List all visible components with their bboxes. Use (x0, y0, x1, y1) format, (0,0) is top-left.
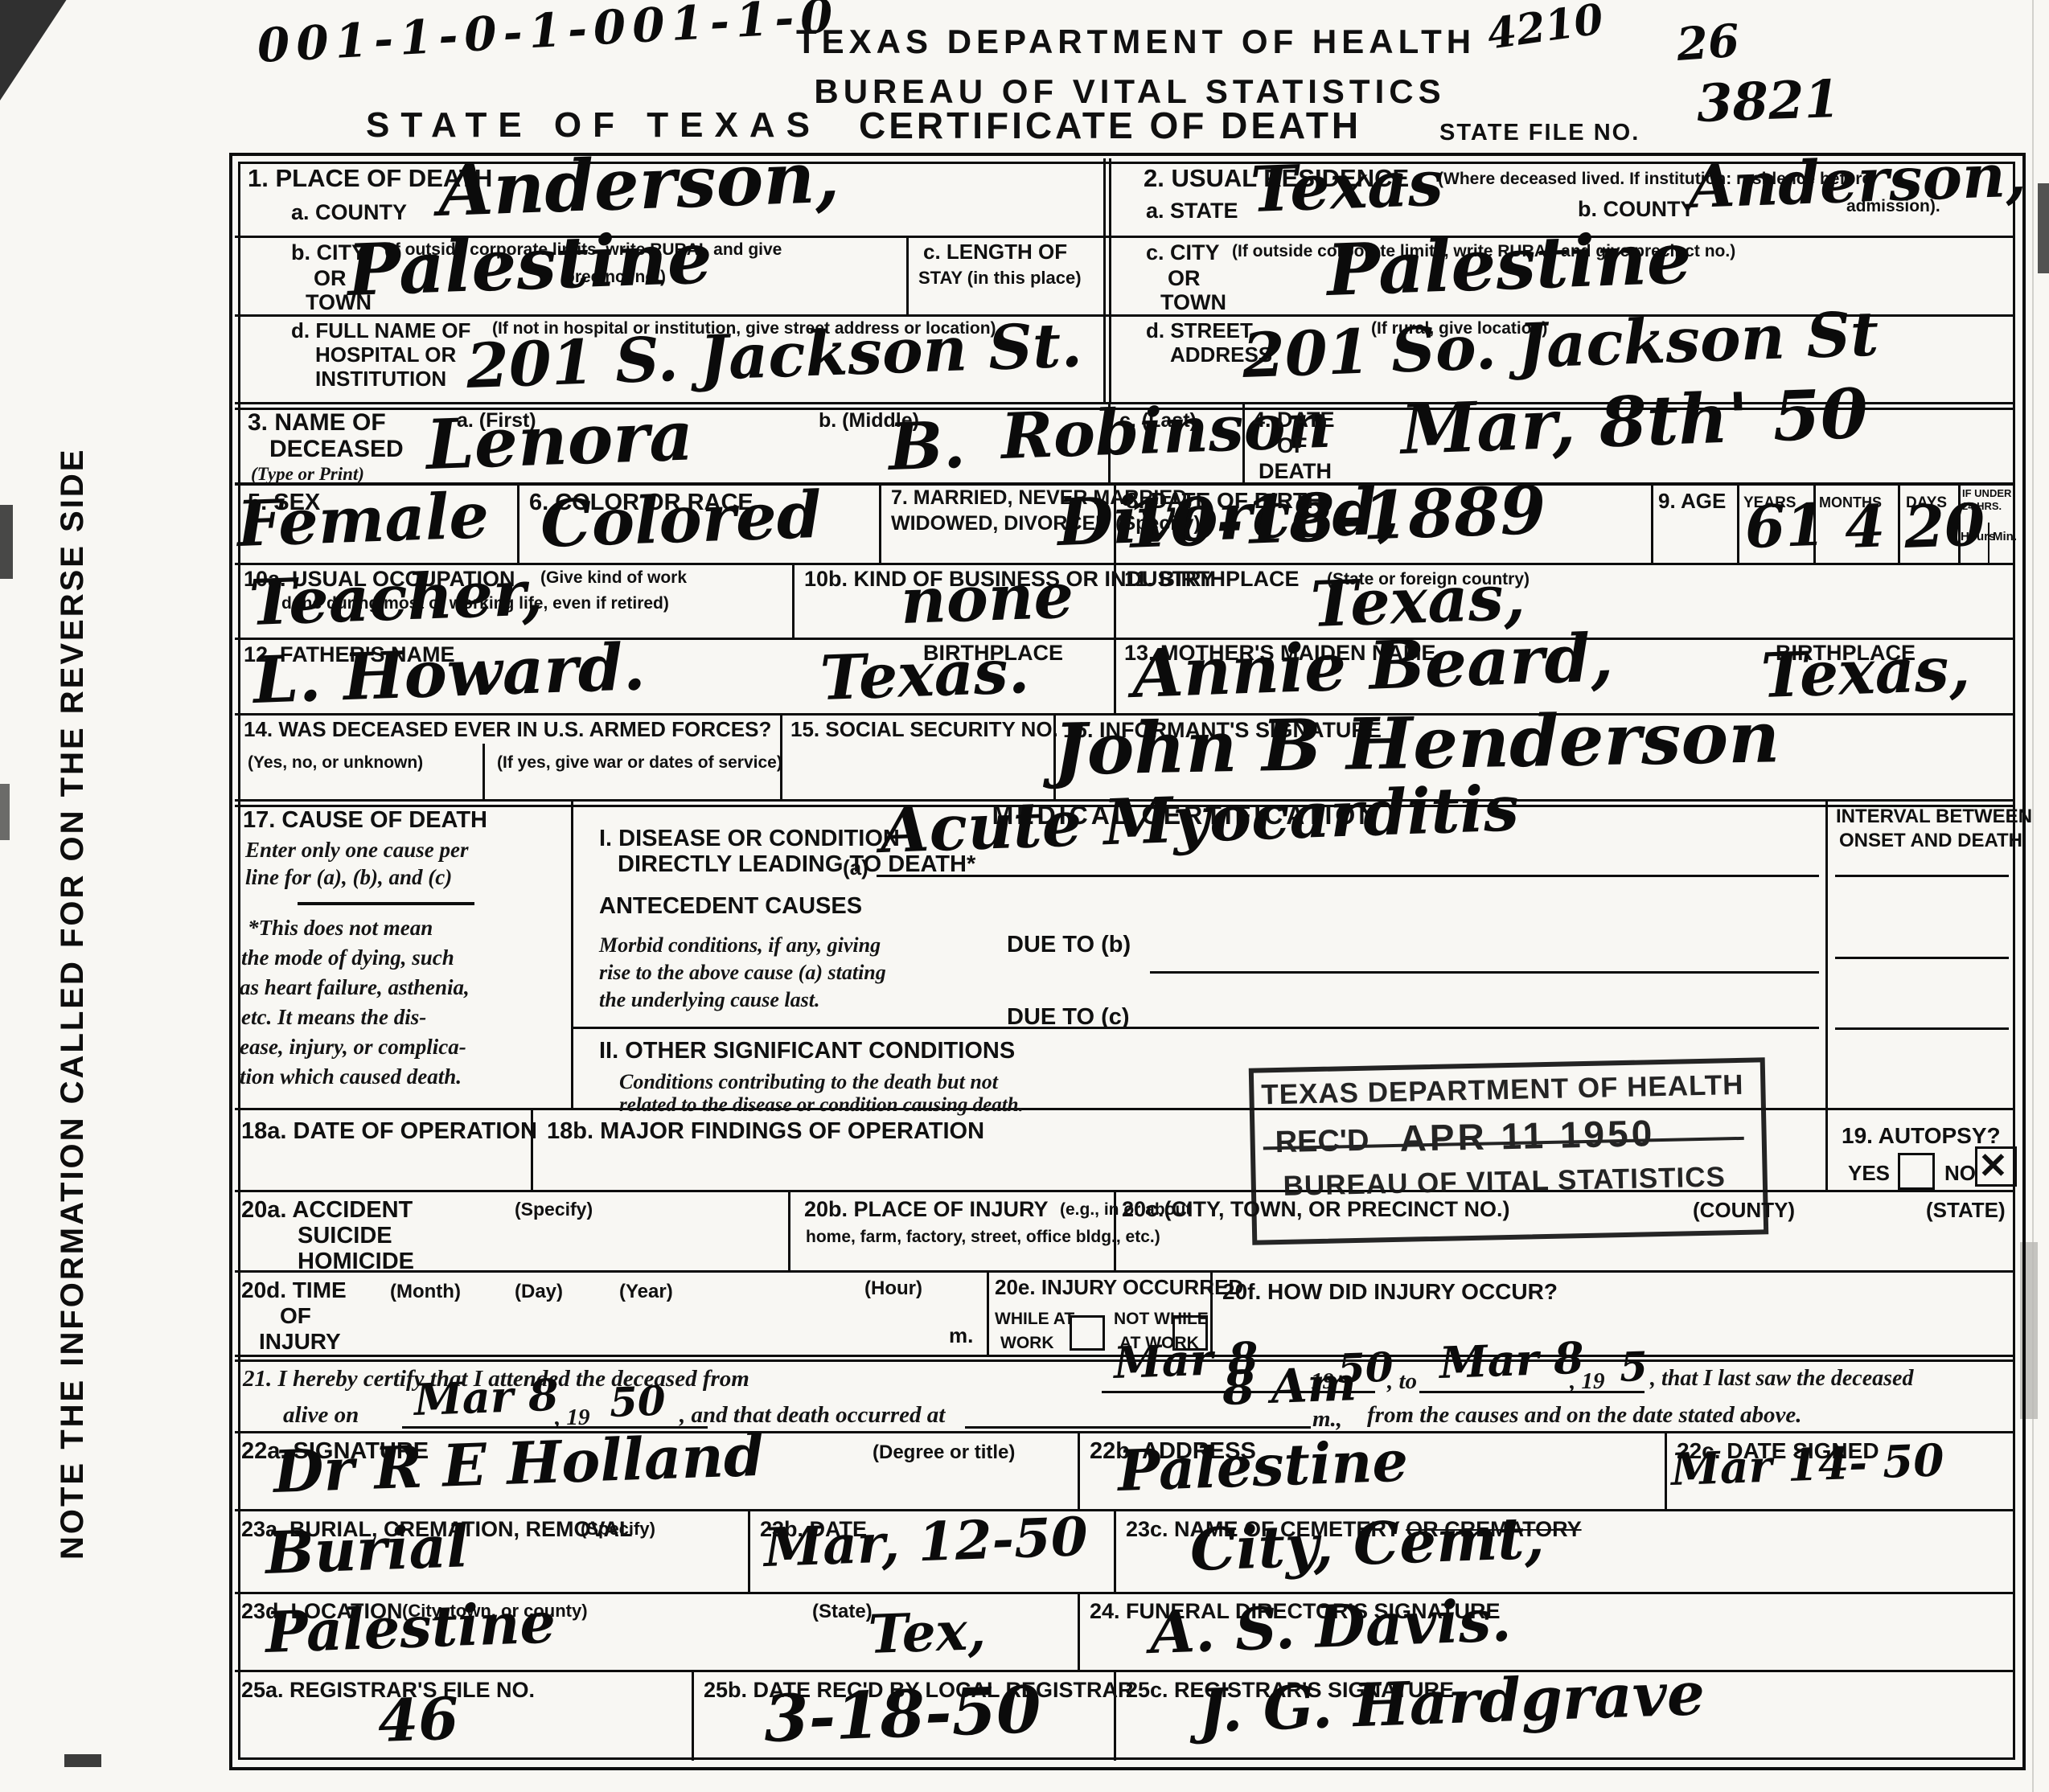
stamp-date: APR 11 1950 (1399, 1111, 1656, 1160)
rule (482, 744, 485, 800)
cause-note-1: Enter only one cause per (245, 839, 469, 861)
min-label: Min. (1993, 531, 2017, 543)
cause-note-4: the mode of dying, such (241, 946, 454, 969)
reverse-side-note: NOTE THE INFORMATION CALLED FOR ON THE R… (55, 338, 101, 1560)
injury-year-label: (Year) (619, 1281, 673, 1302)
ssn-label: 15. SOCIAL SECURITY NO. (790, 719, 1058, 740)
age-days-value: 20 (1903, 496, 1986, 556)
autopsy-yes-label: YES (1848, 1163, 1890, 1184)
morbid-note-1: Morbid conditions, if any, giving (599, 934, 881, 956)
date-of-operation-label: 18a. DATE OF OPERATION (241, 1119, 537, 1143)
armed-forces-note2: (If yes, give war or dates of service) (497, 754, 782, 772)
disease-a-label: (a) (843, 857, 868, 879)
place-of-injury-note2: home, farm, factory, street, office bldg… (806, 1228, 1160, 1246)
business-value: none (900, 565, 1075, 634)
state-file-no-label: STATE FILE NO. (1439, 121, 1640, 145)
header-certificate-title: CERTIFICATE OF DEATH (859, 106, 1361, 145)
mother-birthplace-value: Texas, (1760, 638, 1971, 707)
race-value: Colored (540, 482, 823, 556)
certify-text-3: , that I last saw the deceased (1650, 1367, 1913, 1390)
injury-m-label: m. (949, 1325, 973, 1347)
rule (788, 1190, 790, 1270)
state-file-no-value: 3821 (1696, 74, 1841, 130)
length-of-stay-label2: STAY (in this place) (918, 269, 1082, 287)
certify-to-year: 5 (1619, 1347, 1649, 1388)
name-type-or-print: (Type or Print) (251, 465, 364, 484)
autopsy-no-x-mark: ✕ (1978, 1148, 2008, 1185)
scan-artifact (64, 1754, 101, 1767)
armed-forces-label: 14. WAS DECEASED EVER IN U.S. ARMED FORC… (244, 719, 771, 740)
interval-line (1835, 1027, 2009, 1030)
name-title2: DECEASED (269, 437, 404, 462)
length-of-stay-label: c. LENGTH OF (923, 241, 1067, 263)
rule (1103, 158, 1106, 404)
injury-state-label: (STATE) (1926, 1199, 2006, 1221)
due-c-underline (571, 1027, 1819, 1029)
scan-artifact (0, 784, 10, 840)
certify-text-2: , to (1387, 1369, 1417, 1393)
morbid-note-2: rise to the above cause (a) stating (599, 962, 886, 983)
burial-date-value: Mar, 12-50 (763, 1510, 1089, 1574)
certify-to-date: Mar 8 (1439, 1336, 1584, 1384)
burial-state-value: Tex, (868, 1604, 987, 1661)
rule (1651, 482, 1653, 563)
residence-city-value: Palestine (1325, 222, 1693, 306)
rule (792, 563, 795, 638)
registrar-file-value: 46 (377, 1690, 460, 1750)
rule (571, 802, 573, 1108)
occupation-value: Teacher, (248, 562, 544, 635)
certify-underline (1419, 1391, 1645, 1393)
burial-specify-note: (Specify) (581, 1519, 655, 1538)
rule (692, 1670, 694, 1761)
residence-city-label: c. CITY (1146, 241, 1220, 264)
scan-artifact (0, 0, 121, 100)
county-value: Anderson, (437, 141, 840, 226)
armed-forces-note1: (Yes, no, or unknown) (248, 754, 423, 772)
certify-text-4: alive on (283, 1403, 359, 1427)
date-of-death-value: Mar, 8th' 50 (1400, 380, 1870, 465)
birthplace-label: 11. BIRTHPLACE (1124, 568, 1300, 590)
time-of-injury-label2: OF (280, 1304, 311, 1327)
father-birthplace-value: Texas. (819, 641, 1030, 709)
cause-note-5: as heart failure, asthenia, (240, 976, 470, 999)
disease-label1: I. DISEASE OR CONDITION (599, 826, 900, 851)
residence-state-value: Texas (1250, 153, 1444, 222)
due-b-underline (1150, 971, 1819, 974)
middle-name-value: B. (888, 412, 967, 479)
occupation-note1: (Give kind of work (540, 569, 687, 587)
injury-day-label: (Day) (515, 1281, 563, 1302)
death-certificate-scan: NOTE THE INFORMATION CALLED FOR ON THE R… (0, 0, 2049, 1792)
sex-value: Female (236, 485, 491, 556)
burial-location-value: Palestine (265, 1594, 556, 1661)
scan-artifact (0, 505, 13, 579)
autopsy-no-label: NO (1944, 1163, 1976, 1184)
certify-text-7: from the causes and on the date stated a… (1367, 1403, 1802, 1427)
degree-or-title-note: (Degree or title) (873, 1442, 1015, 1462)
scan-artifact (2032, 0, 2034, 1792)
other-conditions-label: II. OTHER SIGNIFICANT CONDITIONS (599, 1039, 1015, 1063)
time-of-injury-label1: 20d. TIME (241, 1278, 347, 1302)
age-months-value: 4 (1844, 497, 1887, 556)
while-at-work-checkbox (1070, 1315, 1105, 1351)
injury-county-label: (COUNTY) (1693, 1199, 1795, 1221)
dob-value: 10-18-1889 (1123, 478, 1547, 558)
due-to-b-label: DUE TO (b) (1007, 933, 1131, 957)
date-of-death-label1: 4. DATE (1253, 408, 1335, 431)
due-to-c-label: DUE TO (c) (1007, 1005, 1130, 1029)
rule (1078, 1592, 1080, 1670)
accident-label3: HOMICIDE (298, 1249, 414, 1273)
age-label: 9. AGE (1658, 490, 1726, 512)
interval-label1: INTERVAL BETWEEN (1836, 806, 2032, 826)
handwritten-number: 26 (1675, 18, 1741, 68)
father-name-value: L. Howard. (253, 634, 647, 712)
rule (1898, 482, 1900, 563)
interval-line (1835, 875, 2009, 877)
rule (987, 1270, 989, 1355)
certify-m-text: m., (1312, 1407, 1342, 1431)
interval-label2: ONSET AND DEATH (1839, 830, 2022, 851)
street-label1: d. STREET (1146, 320, 1253, 342)
accident-label1: 20a. ACCIDENT (241, 1198, 413, 1222)
while-at-label: WHILE AT (995, 1310, 1074, 1328)
rule (1078, 1431, 1080, 1509)
injury-city-label: 20c.(CITY, TOWN, OR PRECINCT NO.) (1122, 1198, 1510, 1220)
burial-state-note: (State) (812, 1601, 873, 1622)
cause-a-underline (877, 875, 1819, 877)
rule (1109, 158, 1111, 404)
place-of-injury-label: 20b. PLACE OF INJURY (804, 1198, 1049, 1220)
county-label: a. COUNTY (291, 201, 407, 223)
cause-note-2: line for (a), (b), and (c) (245, 866, 452, 888)
cause-of-death-label: 17. CAUSE OF DEATH (243, 808, 487, 832)
rule (1114, 1509, 1116, 1592)
rule (1737, 482, 1739, 563)
injury-hour-label: (Hour) (864, 1278, 922, 1298)
rule (235, 1270, 2014, 1273)
hospital-label1: d. FULL NAME OF (291, 320, 470, 342)
age-years-value: 61 (1744, 496, 1827, 556)
cause-note-6: etc. It means the dis- (241, 1006, 426, 1028)
while-work-label: WORK (1000, 1335, 1054, 1352)
rule (1665, 1431, 1667, 1509)
informant-signature: John B Henderson (1053, 701, 1780, 785)
morbid-note-3: the underlying cause last. (599, 989, 819, 1011)
rule (235, 1670, 2014, 1672)
certify-underline (965, 1426, 1311, 1429)
residence-city-or: OR (1168, 267, 1201, 289)
interval-line (1835, 957, 2009, 959)
rule (906, 236, 909, 314)
certify-19-2: , 19 (1570, 1369, 1605, 1393)
residence-county-value: Anderson, (1688, 146, 2027, 217)
city-value: Palestine (346, 222, 713, 306)
rule (748, 1509, 750, 1592)
burial-value: Burial (265, 1517, 470, 1582)
city-or: OR (314, 267, 347, 289)
time-of-injury-label3: INJURY (259, 1330, 341, 1353)
how-injury-label: 20f. HOW DID INJURY OCCUR? (1222, 1280, 1558, 1303)
handwritten-number: 4210 (1484, 0, 1606, 56)
date-signed-value: Mar 14- 50 (1670, 1437, 1944, 1491)
rule (517, 482, 519, 563)
rule (879, 482, 881, 563)
certify-alive-year: 50 (609, 1381, 666, 1423)
first-name-value: Lenora (425, 402, 695, 480)
header-dept-line1: TEXAS DEPARTMENT OF HEALTH (796, 24, 1464, 59)
physician-address-value: Palestine (1117, 1433, 1409, 1499)
antecedent-label: ANTECEDENT CAUSES (599, 894, 862, 918)
handwritten-code: 001-1-0-1-001-1-0 (256, 0, 840, 69)
rule (235, 1509, 2014, 1511)
major-findings-label: 18b. MAJOR FINDINGS OF OPERATION (547, 1119, 984, 1143)
cause-note-7: ease, injury, or complica- (240, 1035, 466, 1058)
residence-city-town: TOWN (1160, 291, 1226, 314)
rule (1825, 802, 1828, 1190)
scan-artifact (2038, 183, 2049, 273)
injury-occurred-label: 20e. INJURY OCCURRED (995, 1277, 1243, 1298)
funeral-director-signature: A. S. Davis. (1149, 1591, 1513, 1662)
autopsy-yes-checkbox (1898, 1153, 1935, 1190)
other-note-1: Conditions contributing to the death but… (619, 1071, 998, 1093)
certify-death-hour: 8 Am (1222, 1360, 1357, 1412)
other-note-2: related to the disease or condition caus… (619, 1095, 1024, 1116)
name-title1: 3. NAME OF (248, 410, 386, 436)
rule (298, 902, 474, 905)
date-of-death-label2: OF (1277, 434, 1308, 457)
mother-name-value: Annie Beard, (1131, 625, 1615, 707)
certify-alive-date: Mar 8 (413, 1373, 559, 1421)
injury-month-label: (Month) (390, 1281, 461, 1302)
hospital-label2: HOSPITAL OR (315, 344, 456, 366)
autopsy-label: 19. AUTOPSY? (1842, 1124, 2001, 1147)
cemetery-value: City, Cemt, (1189, 1509, 1546, 1579)
registrar-date-value: 3-18-50 (763, 1677, 1042, 1751)
stamp-line1: TEXAS DEPARTMENT OF HEALTH (1254, 1069, 1751, 1112)
registrar-signature: J. G. Hardgrave (1197, 1664, 1706, 1741)
residence-state-label: a. STATE (1146, 199, 1238, 222)
cause-note-8: tion which caused death. (240, 1065, 462, 1088)
stamp-recd: REC'D (1275, 1124, 1369, 1160)
accident-label2: SUICIDE (298, 1224, 392, 1248)
cause-note-3: *This does not mean (248, 917, 433, 939)
hospital-label3: INSTITUTION (315, 368, 446, 390)
physician-signature: Dr R E Holland (273, 1426, 766, 1501)
accident-specify-note: (Specify) (515, 1199, 593, 1219)
